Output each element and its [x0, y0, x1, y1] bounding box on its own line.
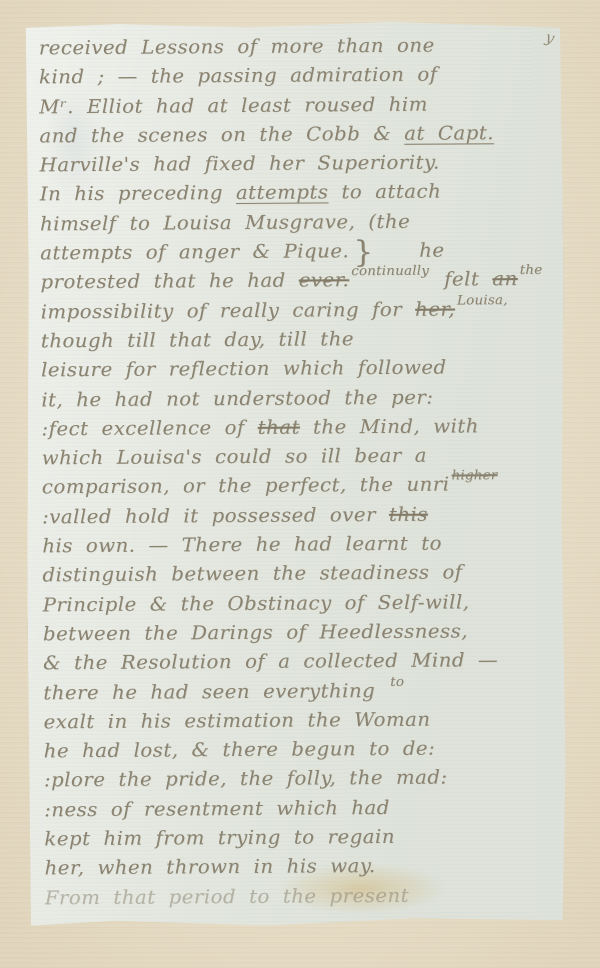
manuscript-line: :plore the pride, the folly, the mad: — [44, 763, 568, 796]
manuscript-line: impossibility of really caring for her,L… — [41, 294, 568, 327]
manuscript-line: In his preceding attempts to attach — [40, 177, 568, 210]
handwriting-segment: & the Resolution of a collected Mind — — [43, 649, 498, 674]
manuscript-line: Harville's had fixed her Superiority. — [40, 148, 568, 181]
manuscript-line: there he had seen everything to — [43, 675, 567, 708]
manuscript-line: his own. — There he had learnt to — [42, 529, 567, 562]
interlinear-insertion: continually — [351, 257, 429, 287]
handwriting-segment: :ness of resentment which had — [44, 797, 390, 821]
struck-word: that — [258, 416, 300, 438]
manuscript-line: kept him from trying to regain — [44, 821, 567, 854]
manuscript-line: :ness of resentment which had — [44, 792, 567, 825]
manuscript-text: received Lessons of more than onekind ; … — [39, 30, 568, 913]
manuscript-line: it, he had not understood the per: — [41, 382, 567, 415]
handwriting-segment: and the scenes on the Cobb & — [39, 123, 404, 148]
handwriting-segment: :fect excellence of — [41, 417, 257, 440]
manuscript-line: her, when thrown in his way. — [44, 851, 567, 884]
manuscript-line: :fect excellence of that the Mind, with — [41, 411, 567, 444]
struck-word: ever. — [299, 270, 350, 292]
handwriting-segment: In his preceding — [40, 182, 236, 205]
handwriting-segment: the Mind, with — [300, 415, 479, 438]
manuscript-line: From that period to the present — [45, 880, 568, 913]
handwriting-segment: :plore the pride, the folly, the mad: — [44, 767, 448, 792]
interlinear-insertion: the — [520, 256, 543, 285]
manuscript-line: himself to Louisa Musgrave, (the — [40, 206, 567, 239]
manuscript-line: attempts of anger & Pique.}he — [40, 236, 567, 269]
manuscript-line: he had lost, & there begun to de: — [44, 734, 568, 767]
manuscript-line: and the scenes on the Cobb & at Capt. — [39, 118, 567, 151]
handwriting-segment: attempts of anger & Pique. — [40, 240, 349, 264]
manuscript-page: y received Lessons of more than onekind … — [24, 20, 568, 929]
handwriting-segment: :valled hold it possessed over — [42, 504, 389, 528]
handwriting-segment: between the Darings of Heedlessness, — [43, 620, 468, 645]
handwriting-segment: Principle & the Obstinacy of Self-will, — [43, 591, 470, 616]
handwriting-segment: there he had seen everything — [43, 679, 388, 703]
handwriting-segment: Harville's had fixed her Superiority. — [40, 152, 440, 177]
manuscript-line: distinguish between the steadiness of — [42, 558, 567, 591]
handwriting-segment: though till that day, till the — [41, 328, 354, 352]
interlinear-insertion: to — [390, 667, 404, 696]
handwriting-segment: From that period to the present — [45, 884, 409, 909]
handwriting-segment: he had lost, & there begun to de: — [44, 738, 436, 763]
handwriting-segment: distinguish between the steadiness of — [42, 562, 462, 587]
handwriting-segment: protested that he had — [40, 270, 298, 294]
handwriting-segment: exalt in his estimation the Woman — [43, 708, 430, 733]
manuscript-line: kind ; — the passing admiration of — [39, 60, 567, 93]
handwriting-segment: her, when thrown in his way. — [44, 855, 375, 879]
photo-backdrop: y received Lessons of more than onekind … — [0, 0, 600, 968]
manuscript-line: between the Darings of Heedlessness, — [43, 616, 568, 649]
manuscript-line: Principle & the Obstinacy of Self-will, — [43, 587, 568, 620]
handwriting-segment: kind ; — the passing admiration of — [39, 64, 438, 89]
manuscript-line: & the Resolution of a collected Mind — — [43, 646, 567, 679]
handwriting-segment: it, he had not understood the per: — [41, 386, 433, 411]
handwriting-segment: attempts — [236, 182, 329, 205]
handwriting-segment: at Capt. — [404, 122, 494, 145]
struck-word: her, — [415, 298, 455, 320]
interlinear-insertion: Louisa, — [457, 286, 508, 316]
interlinear-insertion: higher — [451, 462, 497, 492]
handwriting-segment: which Louisa's could so ill bear a — [42, 445, 427, 470]
manuscript-line: leisure for reflection which followed — [41, 353, 567, 386]
handwriting-segment: to attach — [328, 181, 441, 204]
handwriting-segment: kept him from trying to regain — [44, 826, 395, 850]
handwriting-segment: comparison, or the perfect, the unri — [42, 474, 450, 499]
manuscript-line: Mʳ. Elliot had at least roused him — [39, 89, 567, 122]
handwriting-segment: Mʳ. Elliot had at least roused him — [39, 93, 428, 118]
manuscript-line: :valled hold it possessed over this — [42, 499, 567, 532]
struck-word: this — [389, 503, 428, 525]
handwriting-segment: his own. — There he had learnt to — [42, 533, 442, 558]
manuscript-line: though till that day, till the — [41, 323, 568, 356]
handwriting-segment: leisure for reflection which followed — [41, 357, 447, 382]
handwriting-segment: himself to Louisa Musgrave, (the — [40, 211, 410, 236]
manuscript-line: exalt in his estimation the Woman — [43, 704, 567, 737]
handwriting-segment: impossibility of really caring for — [41, 298, 416, 323]
handwriting-segment: received Lessons of more than one — [39, 35, 435, 60]
manuscript-line: received Lessons of more than one — [39, 30, 568, 63]
manuscript-line: comparison, or the perfect, the unrihigh… — [42, 470, 568, 503]
